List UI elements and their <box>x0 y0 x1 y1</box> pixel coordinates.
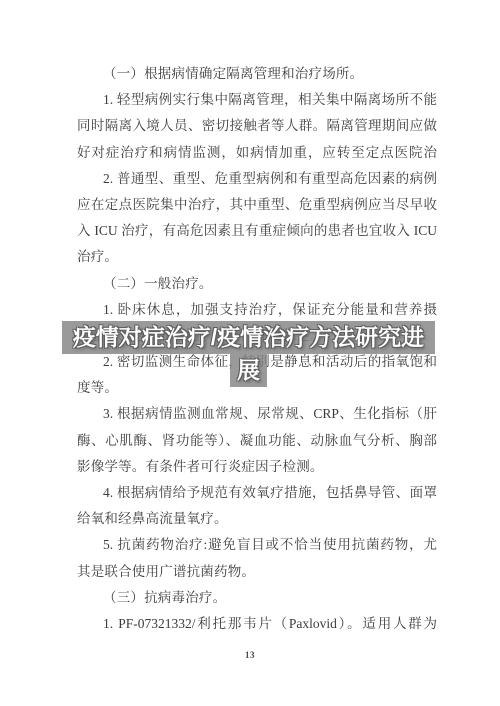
text-line: 1. PF-07321332/利托那韦片（Paxlovid）。适用人群为 <box>77 611 437 637</box>
text-line: 2. 普通型、重型、危重型病例和有重型高危因素的病例 <box>77 166 437 192</box>
text-line: （二）一般治疗。 <box>77 271 437 297</box>
text-line: 4. 根据病情给予规范有效氧疗措施，包括鼻导管、面罩 <box>77 480 437 506</box>
text-line: 酶、心肌酶、肾功能等）、凝血功能、动脉血气分析、胸部 <box>77 428 437 454</box>
watermark-title-overlay: 疫情对症治疗/疫情治疗方法研究进 展 <box>62 321 435 387</box>
text-line: （三）抗病毒治疗。 <box>77 585 437 611</box>
watermark-title-line-2: 展 <box>62 354 435 387</box>
document-page: （一）根据病情确定隔离管理和治疗场所。1. 轻型病例实行集中隔离管理，相关集中隔… <box>0 0 500 706</box>
text-line: 影像学等。有条件者可行炎症因子检测。 <box>77 454 437 480</box>
text-line: 应在定点医院集中治疗，其中重型、危重型病例应当尽早收 <box>77 192 437 218</box>
text-line: 入 ICU 治疗，有高危因素且有重症倾向的患者也宜收入 ICU <box>77 218 437 244</box>
text-line: 3. 根据病情监测血常规、尿常规、CRP、生化指标（肝 <box>77 401 437 427</box>
text-line: 同时隔离入境人员、密切接触者等人群。隔离管理期间应做 <box>77 113 437 139</box>
text-line: 1. 卧床休息，加强支持治疗，保证充分能量和营养摄入； <box>77 297 437 323</box>
text-line: 好对症治疗和病情监测，如病情加重，应转至定点医院治疗。 <box>77 140 437 166</box>
text-line: 治疗。 <box>77 244 437 270</box>
text-line: 给氧和经鼻高流量氧疗。 <box>77 506 437 532</box>
text-line: 其是联合使用广谱抗菌药物。 <box>77 559 437 585</box>
watermark-title-line-1: 疫情对症治疗/疫情治疗方法研究进 <box>62 321 435 354</box>
text-line: 5. 抗菌药物治疗:避免盲目或不恰当使用抗菌药物，尤 <box>77 532 437 558</box>
watermark-title-text: 疫情对症治疗/疫情治疗方法研究进 <box>62 321 435 354</box>
page-number: 13 <box>0 650 500 660</box>
text-line: （一）根据病情确定隔离管理和治疗场所。 <box>77 61 437 87</box>
text-line: 1. 轻型病例实行集中隔离管理，相关集中隔离场所不能 <box>77 87 437 113</box>
watermark-title-text: 展 <box>230 354 267 387</box>
